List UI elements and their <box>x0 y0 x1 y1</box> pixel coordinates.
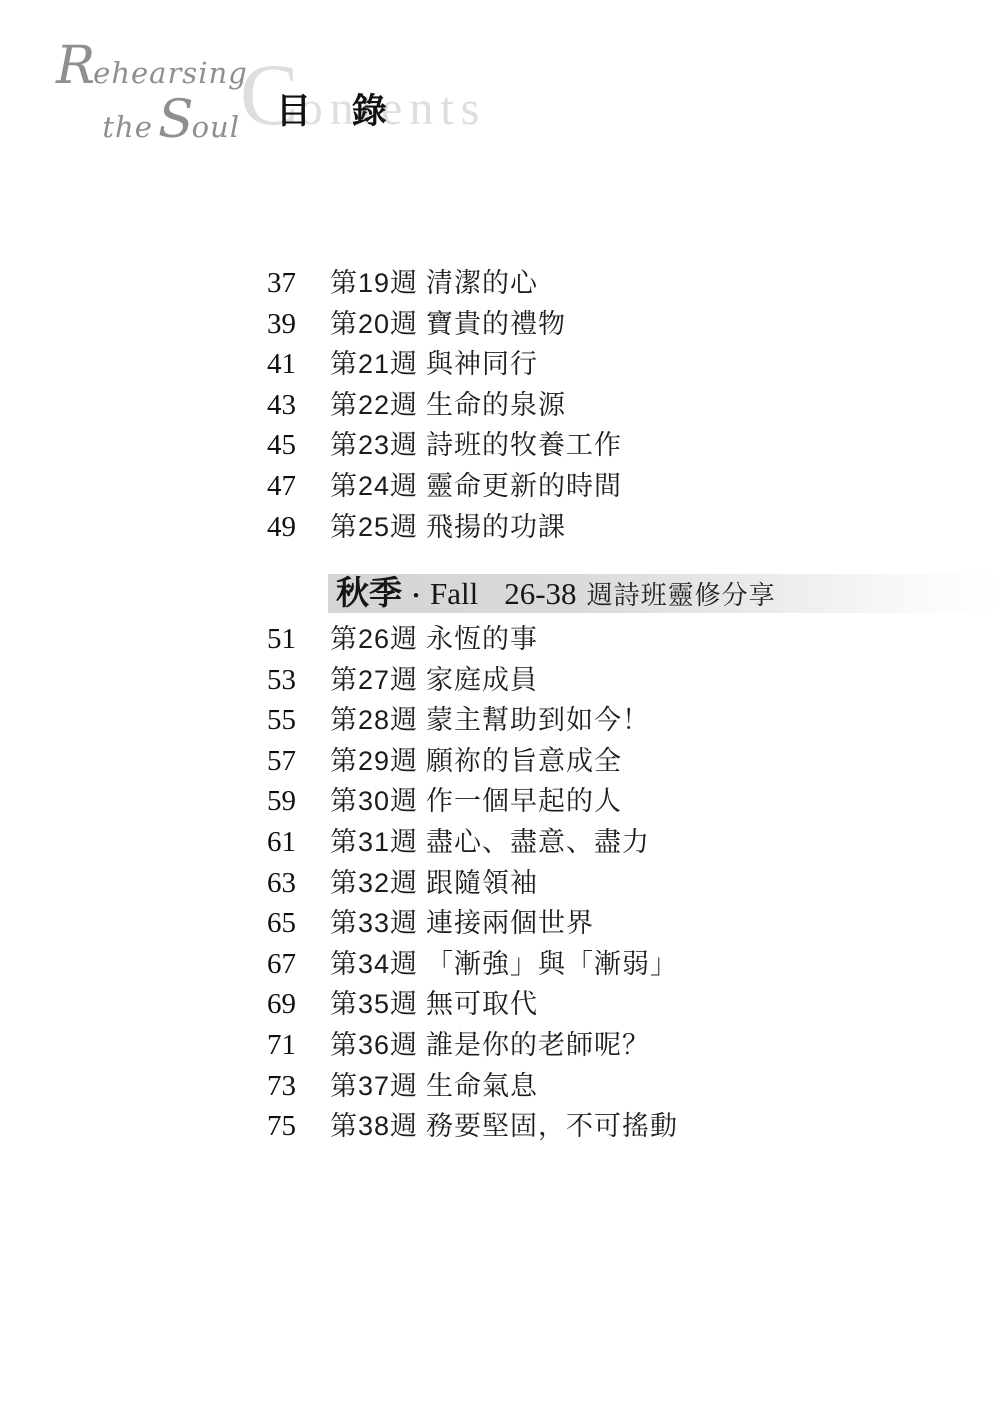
toc-week-label: 第23週 <box>330 425 418 466</box>
page-title: 目 錄 <box>276 84 403 134</box>
toc-row: 61第31週盡心、盡意、盡力 <box>0 822 1000 863</box>
toc-page-number: 75 <box>267 1106 296 1147</box>
toc-page-number: 65 <box>267 903 296 944</box>
toc-week-label: 第21週 <box>330 344 418 385</box>
toc-row: 75第38週務要堅固，不可搖動 <box>0 1106 1000 1147</box>
toc-entry-title: 願祢的旨意成全 <box>426 741 622 782</box>
logo-initial-s: S <box>158 90 192 150</box>
toc-block-weeks-26-38: 51第26週永恆的事 53第27週家庭成員 55第28週蒙主幫助到如今！ 57第… <box>0 619 1000 1147</box>
toc-page-number: 45 <box>267 425 296 466</box>
toc-page-number: 57 <box>267 741 296 782</box>
logo-rest-ehearsing: ehearsing <box>93 56 248 90</box>
toc-page-number: 55 <box>267 700 296 741</box>
toc-entry-title: 靈命更新的時間 <box>426 466 622 507</box>
toc-page-number: 59 <box>267 781 296 822</box>
season-week-range: 26-38 <box>504 576 576 611</box>
logo-initial-r: R <box>56 36 93 96</box>
toc-row: 67第34週「漸強」與「漸弱」 <box>0 944 1000 985</box>
toc-row: 59第30週作一個早起的人 <box>0 781 1000 822</box>
season-section-header: 秋季・Fall26-38週詩班靈修分享 <box>328 574 1000 613</box>
toc-row: 41第21週與神同行 <box>0 344 1000 385</box>
toc-week-label: 第28週 <box>330 700 418 741</box>
toc-entry-title: 生命氣息 <box>426 1066 538 1107</box>
season-separator: ・ <box>404 583 428 610</box>
season-description: 週詩班靈修分享 <box>587 580 776 610</box>
toc-row: 71第36週誰是你的老師呢？ <box>0 1025 1000 1066</box>
season-name-cjk: 秋季 <box>336 576 402 612</box>
toc-page-number: 41 <box>267 344 296 385</box>
toc-week-label: 第34週 <box>330 944 418 985</box>
toc-week-label: 第20週 <box>330 304 418 345</box>
season-name-en: Fall <box>430 576 478 611</box>
toc-page-number: 71 <box>267 1025 296 1066</box>
toc-week-label: 第31週 <box>330 822 418 863</box>
toc-entry-title: 詩班的牧養工作 <box>426 425 622 466</box>
toc-week-label: 第30週 <box>330 781 418 822</box>
toc-entry-title: 生命的泉源 <box>426 385 566 426</box>
toc-entry-title: 連接兩個世界 <box>426 903 594 944</box>
toc-row: 39第20週寶貴的禮物 <box>0 304 1000 345</box>
toc-week-label: 第25週 <box>330 507 418 548</box>
toc-page-number: 63 <box>267 863 296 904</box>
logo-rest-oul: oul <box>192 110 240 144</box>
toc-block-weeks-19-25: 37第19週清潔的心 39第20週寶貴的禮物 41第21週與神同行 43第22週… <box>0 263 1000 547</box>
toc-week-label: 第27週 <box>330 660 418 701</box>
toc-row: 53第27週家庭成員 <box>0 660 1000 701</box>
toc-entry-title: 務要堅固，不可搖動 <box>426 1106 678 1147</box>
toc-week-label: 第32週 <box>330 863 418 904</box>
toc-entry-title: 家庭成員 <box>426 660 538 701</box>
toc-row: 63第32週跟隨領袖 <box>0 863 1000 904</box>
toc-page-number: 73 <box>267 1066 296 1107</box>
toc-entry-title: 作一個早起的人 <box>426 781 622 822</box>
toc-entry-title: 跟隨領袖 <box>426 863 538 904</box>
toc-row: 55第28週蒙主幫助到如今！ <box>0 700 1000 741</box>
toc-row: 49第25週飛揚的功課 <box>0 507 1000 548</box>
toc-page-number: 49 <box>267 507 296 548</box>
toc-entry-title: 蒙主幫助到如今！ <box>426 700 650 741</box>
toc-week-label: 第37週 <box>330 1066 418 1107</box>
toc-entry-title: 寶貴的禮物 <box>426 304 566 345</box>
toc-entry-title: 永恆的事 <box>426 619 538 660</box>
toc-entry-title: 清潔的心 <box>426 263 538 304</box>
toc-page-number: 47 <box>267 466 296 507</box>
toc-page-number: 67 <box>267 944 296 985</box>
toc-page-number: 53 <box>267 660 296 701</box>
toc-entry-title: 無可取代 <box>426 984 538 1025</box>
book-logo: Rehearsing the Soul <box>38 40 248 146</box>
toc-week-label: 第22週 <box>330 385 418 426</box>
toc-week-label: 第19週 <box>330 263 418 304</box>
toc-entry-title: 盡心、盡意、盡力 <box>426 822 650 863</box>
toc-week-label: 第29週 <box>330 741 418 782</box>
toc-week-label: 第33週 <box>330 903 418 944</box>
toc-row: 57第29週願祢的旨意成全 <box>0 741 1000 782</box>
toc-row: 47第24週靈命更新的時間 <box>0 466 1000 507</box>
toc-page-number: 39 <box>267 304 296 345</box>
toc-page-number: 37 <box>267 263 296 304</box>
contents-page: Rehearsing the Soul Contents 目 錄 37第19週清… <box>0 0 1000 1406</box>
logo-word-the: the <box>102 110 153 144</box>
toc-row: 73第37週生命氣息 <box>0 1066 1000 1107</box>
toc-entry-title: 「漸強」與「漸弱」 <box>426 944 678 985</box>
toc-row: 65第33週連接兩個世界 <box>0 903 1000 944</box>
toc-row: 69第35週無可取代 <box>0 984 1000 1025</box>
toc-row: 51第26週永恆的事 <box>0 619 1000 660</box>
toc-week-label: 第35週 <box>330 984 418 1025</box>
toc-page-number: 43 <box>267 385 296 426</box>
toc-row: 45第23週詩班的牧養工作 <box>0 425 1000 466</box>
toc-row: 43第22週生命的泉源 <box>0 385 1000 426</box>
toc-week-label: 第24週 <box>330 466 418 507</box>
toc-page-number: 61 <box>267 822 296 863</box>
toc-entry-title: 與神同行 <box>426 344 538 385</box>
toc-entry-title: 飛揚的功課 <box>426 507 566 548</box>
toc-entry-title: 誰是你的老師呢？ <box>426 1025 650 1066</box>
toc-page-number: 69 <box>267 984 296 1025</box>
toc-row: 37第19週清潔的心 <box>0 263 1000 304</box>
logo-line-rehearsing: Rehearsing <box>38 40 248 92</box>
toc-week-label: 第36週 <box>330 1025 418 1066</box>
toc-week-label: 第38週 <box>330 1106 418 1147</box>
toc-page-number: 51 <box>267 619 296 660</box>
logo-line-the-soul: the Soul <box>38 94 248 146</box>
toc-week-label: 第26週 <box>330 619 418 660</box>
